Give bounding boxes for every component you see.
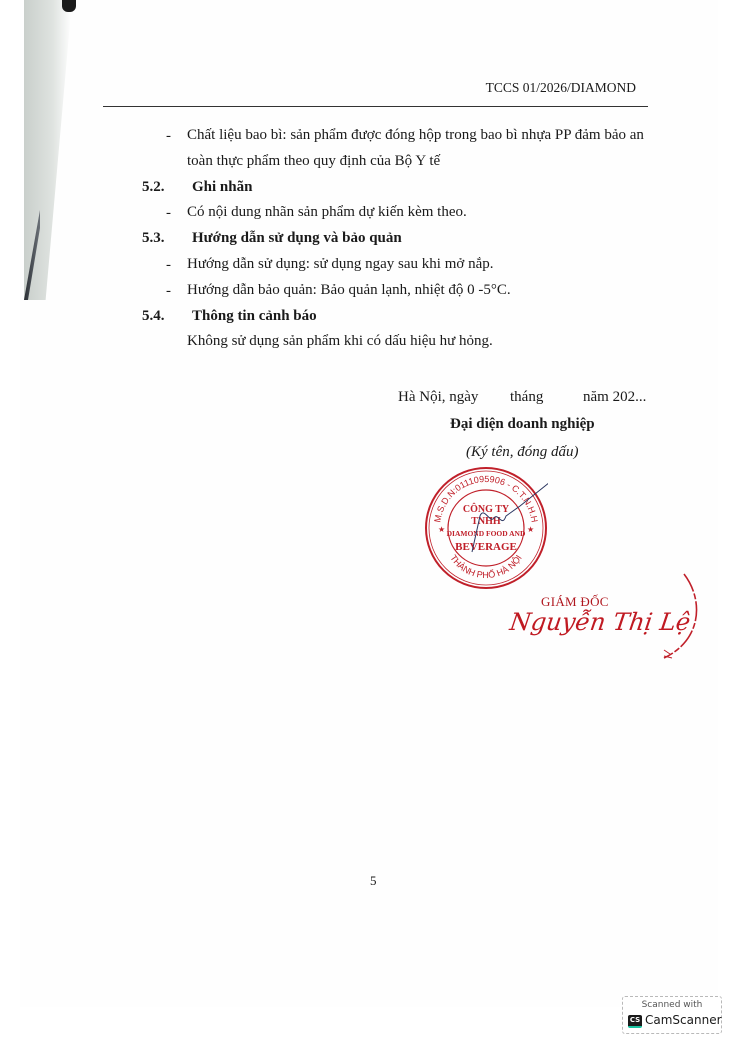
page-number: 5 (370, 873, 377, 889)
section-title-warning: Thông tin cảnh báo (192, 308, 317, 325)
stamp-line3: DIAMOND FOOD AND (447, 529, 526, 538)
usage-item: Hướng dẫn sử dụng: sử dụng ngay sau khi … (187, 256, 493, 273)
storage-item: Hướng dẫn bảo quản: Bảo quản lạnh, nhiệt… (187, 282, 511, 299)
document-code: TCCS 01/2026/DIAMOND (470, 80, 636, 96)
company-stamp: M.S.D.N:0111095906 - C.T.N.H.H THÀNH PHỐ… (424, 466, 548, 590)
director-name: Nguyễn Thị Lệ (508, 608, 692, 636)
watermark-brand: CamScanner (645, 1013, 722, 1027)
header-divider (103, 106, 648, 107)
bullet-dash: - (166, 283, 171, 300)
bullet-dash: - (166, 205, 171, 222)
page (20, 0, 718, 1007)
stamp-line4: BEVERAGE (455, 541, 517, 553)
scan-edge-artifact (62, 0, 76, 12)
representative-label: Đại diện doanh nghiệp (450, 416, 595, 433)
section-title-usage-storage: Hướng dẫn sử dụng và bảo quản (192, 230, 402, 247)
stamp-line1: CÔNG TY (463, 502, 510, 515)
section-number: 5.2. (142, 179, 165, 196)
sign-instruction: (Ký tên, đóng dấu) (466, 444, 578, 461)
section-number: 5.4. (142, 308, 165, 325)
warning-text: Không sử dụng sản phẩm khi có dấu hiệu h… (187, 333, 493, 350)
packaging-text-line1: Chất liệu bao bì: sản phẩm được đóng hộp… (187, 127, 644, 144)
date-year: năm 202... (583, 389, 646, 406)
date-month: tháng (510, 389, 543, 406)
camscanner-logo-icon: CS (628, 1015, 642, 1028)
section-number: 5.3. (142, 230, 165, 247)
labeling-item: Có nội dung nhãn sản phẩm dự kiến kèm th… (187, 204, 467, 221)
bullet-dash: - (166, 257, 171, 274)
date-place: Hà Nội, ngày (398, 389, 478, 406)
bullet-dash: - (166, 128, 171, 145)
stamp-star-icon: ★ (527, 525, 534, 534)
camscanner-watermark: Scanned with CS CamScanner (622, 996, 722, 1034)
stamp-line2: TNHH (471, 516, 501, 527)
section-title-labeling: Ghi nhãn (192, 179, 252, 196)
packaging-text-line2: toàn thực phẩm theo quy định của Bộ Y tế (187, 153, 440, 170)
watermark-top-text: Scanned with (623, 1000, 721, 1010)
stamp-star-icon: ★ (438, 525, 445, 534)
